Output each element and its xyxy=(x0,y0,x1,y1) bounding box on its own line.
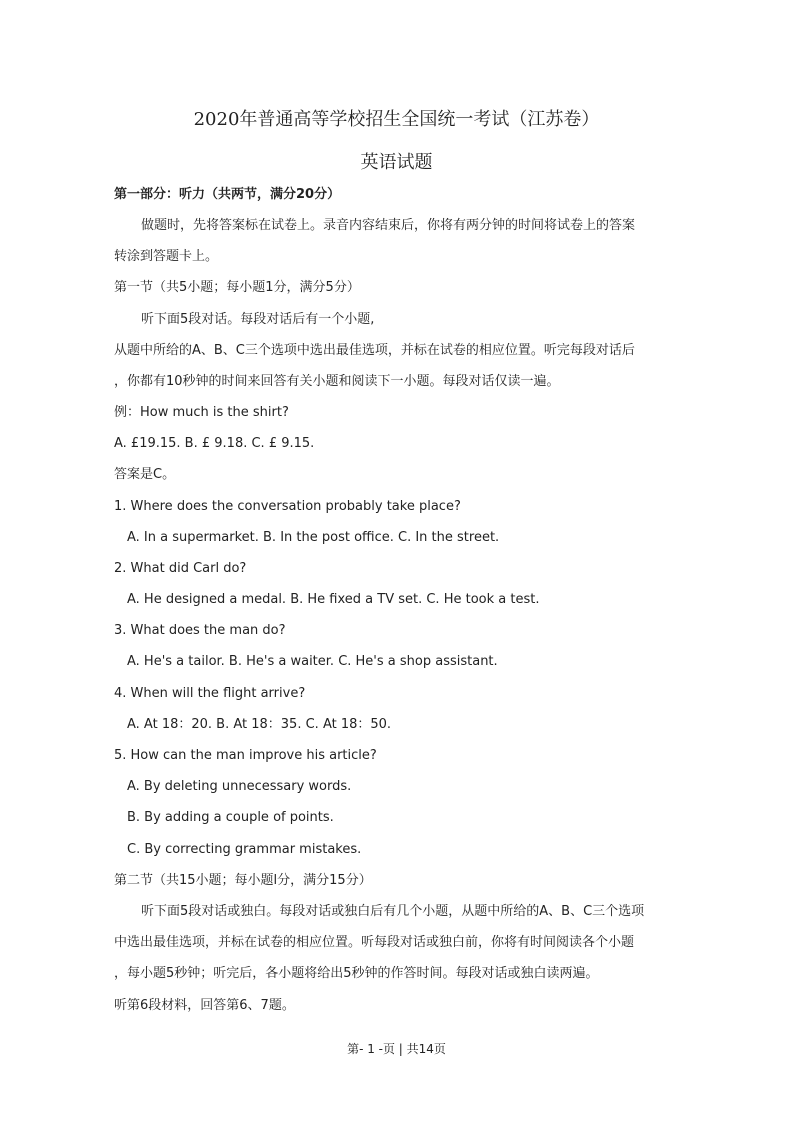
question-3: 3. What does the man do? xyxy=(114,623,286,639)
question-2-options: A. He designed a medal. B. He fixed a TV… xyxy=(127,592,539,608)
section2-intro-line1: 听下面5段对话或独白。每段对话或独白后有几个小题，从题中所给的A、B、C三个选项 xyxy=(141,904,644,920)
question-4-options: A. At 18：20. B. At 18：35. C. At 18：50. xyxy=(127,717,391,733)
question-1-options: A. In a supermarket. B. In the post offi… xyxy=(127,530,499,546)
page-footer: 第- 1 -页 | 共14页 xyxy=(0,1040,793,1057)
question-3-options: A. He's a tailor. B. He's a waiter. C. H… xyxy=(127,654,498,670)
question-1: 1. Where does the conversation probably … xyxy=(114,499,461,515)
instructions-line1: 做题时，先将答案标在试卷上。录音内容结束后，你将有两分钟的时间将试卷上的答案 xyxy=(141,218,635,234)
section2-heading: 第二节（共15小题；每小题l分，满分15分） xyxy=(114,873,372,889)
question-5-option-b: B. By adding a couple of points. xyxy=(127,810,334,826)
instructions-line2: 转涂到答题卡上。 xyxy=(114,249,218,265)
question-5-option-a: A. By deleting unnecessary words. xyxy=(127,779,351,795)
section2-intro-line2: 中选出最佳选项，并标在试卷的相应位置。听每段对话或独白前，你将有时间阅读各个小题 xyxy=(114,935,634,951)
section2-intro-line3: ，每小题5秒钟；听完后，各小题将给出5秒钟的作答时间。每段对话或独白读两遍。 xyxy=(114,966,599,982)
material-note: 听第6段材料，回答第6、7题。 xyxy=(114,998,295,1014)
exam-title: 2020年普通高等学校招生全国统一考试（江苏卷） xyxy=(0,105,793,131)
exam-subtitle: 英语试题 xyxy=(0,148,793,174)
question-2: 2. What did Carl do? xyxy=(114,561,246,577)
question-4: 4. When will the flight arrive? xyxy=(114,686,305,702)
section1-intro-line1: 听下面5段对话。每段对话后有一个小题, xyxy=(141,312,374,328)
section1-heading: 第一节（共5小题；每小题1分，满分5分） xyxy=(114,280,360,296)
example-answer: 答案是C。 xyxy=(114,467,175,483)
part1-heading: 第一部分：听力（共两节，满分20分） xyxy=(114,187,340,203)
example-question: 例：How much is the shirt? xyxy=(114,405,289,421)
section1-intro-line2: 从题中所给的A、B、C三个选项中选出最佳选项，并标在试卷的相应位置。听完每段对话… xyxy=(114,343,635,359)
question-5: 5. How can the man improve his article? xyxy=(114,748,377,764)
section1-intro-line3: ，你都有10秒钟的时间来回答有关小题和阅读下一小题。每段对话仅读一遍。 xyxy=(114,374,560,390)
question-5-option-c: C. By correcting grammar mistakes. xyxy=(127,842,361,858)
example-options: A. £19.15. B. £ 9.18. C. £ 9.15. xyxy=(114,436,314,452)
